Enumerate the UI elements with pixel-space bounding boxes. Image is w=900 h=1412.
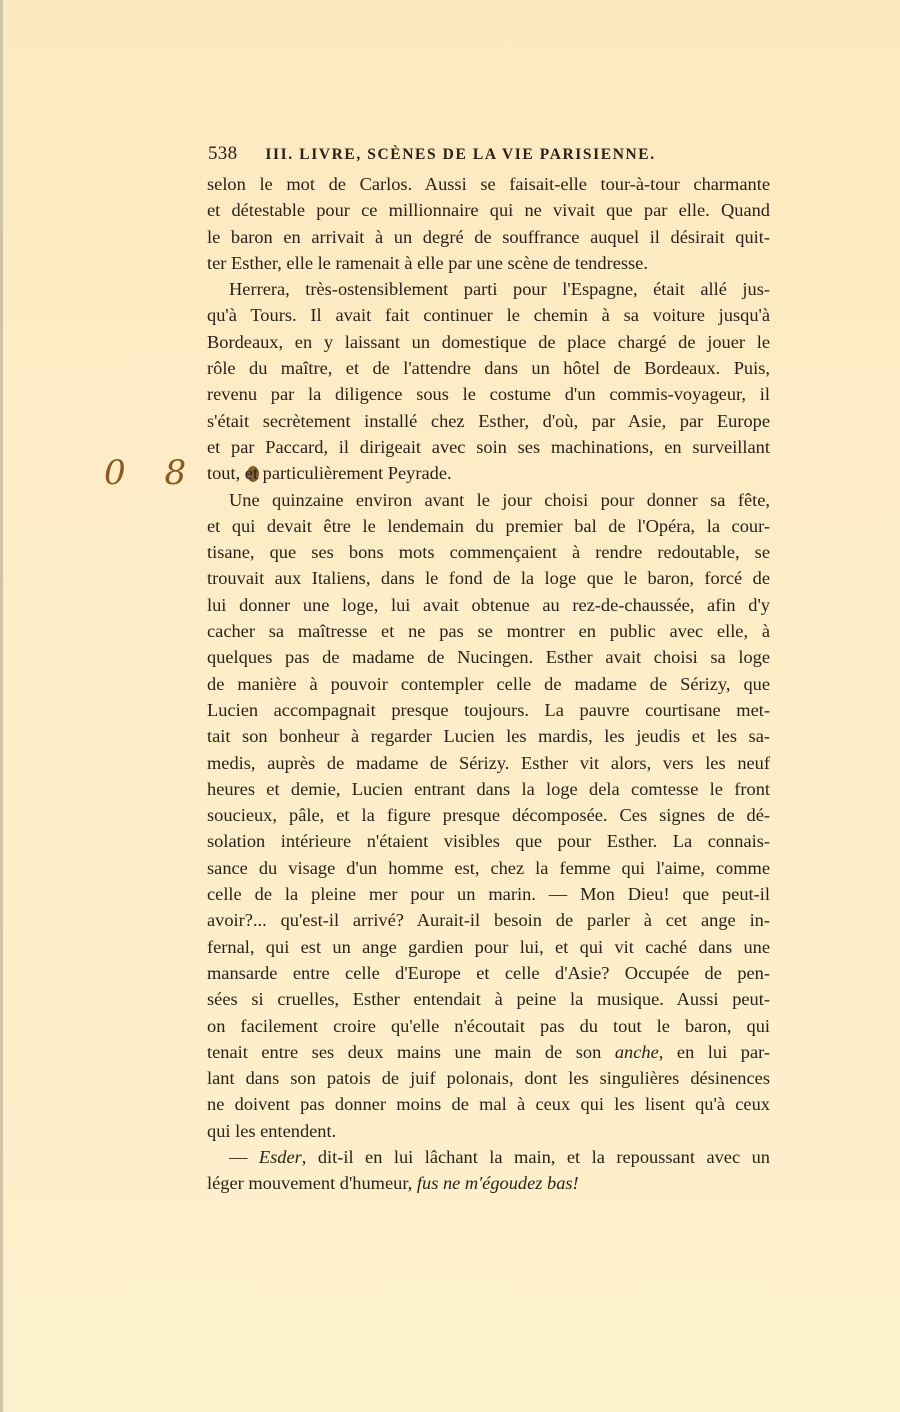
text-line: lui donner une loge, lui avait obtenue a… (207, 592, 770, 618)
text-line-with-italic: tenait entre ses deux mains une main de … (207, 1039, 770, 1065)
paragraph-4: — Esder, dit-il en lui lâchant la main, … (207, 1144, 770, 1197)
dialogue-dash: — (229, 1147, 259, 1167)
text-line: trouvait aux Italiens, dans le fond de l… (207, 565, 770, 591)
text-line: quelques pas de madame de Nucingen. Esth… (207, 644, 770, 670)
text-line: rôle du maître, et de l'attendre dans un… (207, 355, 770, 381)
text-segment: , en lui par- (659, 1042, 770, 1062)
text-line-with-italic: léger mouvement d'humeur, fus ne m'égoud… (207, 1170, 770, 1196)
italic-quote: fus ne m'égoudez bas! (417, 1173, 579, 1193)
text-line: tait son bonheur à regarder Lucien les m… (207, 723, 770, 749)
text-line: tisane, que ses bons mots commençaient à… (207, 539, 770, 565)
text-segment: léger mouvement d'humeur, (207, 1173, 417, 1193)
text-line: celle de la pleine mer pour un marin. — … (207, 881, 770, 907)
text-line: Bordeaux, en y laissant un domestique de… (207, 329, 770, 355)
text-line: cacher sa maîtresse et ne pas se montrer… (207, 618, 770, 644)
text-line: avoir?... qu'est-il arrivé? Aurait-il be… (207, 907, 770, 933)
text-line: medis, auprès de madame de Sérizy. Esthe… (207, 750, 770, 776)
text-line: soucieux, pâle, et la figure presque déc… (207, 802, 770, 828)
italic-name: Esder (259, 1147, 302, 1167)
text-line-with-italic: — Esder, dit-il en lui lâchant la main, … (207, 1144, 770, 1170)
text-line: qu'à Tours. Il avait fait continuer le c… (207, 302, 770, 328)
text-segment: , dit-il en lui lâchant la main, et la r… (302, 1147, 770, 1167)
page-edge (0, 0, 3, 1412)
text-line: ne doivent pas donner moins de mal à ceu… (207, 1091, 770, 1117)
text-line: solation intérieure n'étaient visibles q… (207, 828, 770, 854)
text-line: ter Esther, elle le ramenait à elle par … (207, 250, 770, 276)
handwritten-margin-note: 0 8 (104, 453, 200, 493)
text-line: fernal, qui est un ange gardien pour lui… (207, 934, 770, 960)
page-number: 538 (208, 143, 237, 165)
paragraph-1: selon le mot de Carlos. Aussi se faisait… (207, 171, 770, 276)
text-line: qui les entendent. (207, 1118, 770, 1144)
text-line: lant dans son patois de juif polonais, d… (207, 1065, 770, 1091)
text-line: sées si cruelles, Esther entendait à pei… (207, 986, 770, 1012)
text-line: et par Paccard, il dirigeait avec soin s… (207, 434, 770, 460)
text-line: Lucien accompagnait presque toujours. La… (207, 697, 770, 723)
running-title: III. LIVRE, SCÈNES DE LA VIE PARISIENNE. (265, 146, 655, 164)
body-text: selon le mot de Carlos. Aussi se faisait… (207, 171, 770, 1197)
text-line: et qui devait être le lendemain du premi… (207, 513, 770, 539)
text-line: selon le mot de Carlos. Aussi se faisait… (207, 171, 770, 197)
running-header: 538 III. LIVRE, SCÈNES DE LA VIE PARISIE… (208, 143, 770, 165)
text-line: mansarde entre celle d'Europe et celle d… (207, 960, 770, 986)
text-line: revenu par la diligence sous le costume … (207, 381, 770, 407)
book-page: 538 III. LIVRE, SCÈNES DE LA VIE PARISIE… (0, 0, 900, 1412)
text-line: et détestable pour ce millionnaire qui n… (207, 197, 770, 223)
text-line: de manière à pouvoir contempler celle de… (207, 671, 770, 697)
text-line: Herrera, très-ostensiblement parti pour … (207, 276, 770, 302)
paragraph-2: Herrera, très-ostensiblement parti pour … (207, 276, 770, 486)
text-segment: tenait entre ses deux mains une main de … (207, 1042, 601, 1062)
italic-word: anche (615, 1042, 659, 1062)
text-line: tout, et particulièrement Peyrade. (207, 460, 770, 486)
text-line: s'était secrètement installé chez Esther… (207, 408, 770, 434)
text-line: le baron en arrivait à un degré de souff… (207, 224, 770, 250)
text-line: heures et demie, Lucien entrant dans la … (207, 776, 770, 802)
paragraph-3: Une quinzaine environ avant le jour choi… (207, 487, 770, 1144)
text-line: Une quinzaine environ avant le jour choi… (207, 487, 770, 513)
text-line: on facilement croire qu'elle n'écoutait … (207, 1013, 770, 1039)
text-line: sance du visage d'un homme est, chez la … (207, 855, 770, 881)
